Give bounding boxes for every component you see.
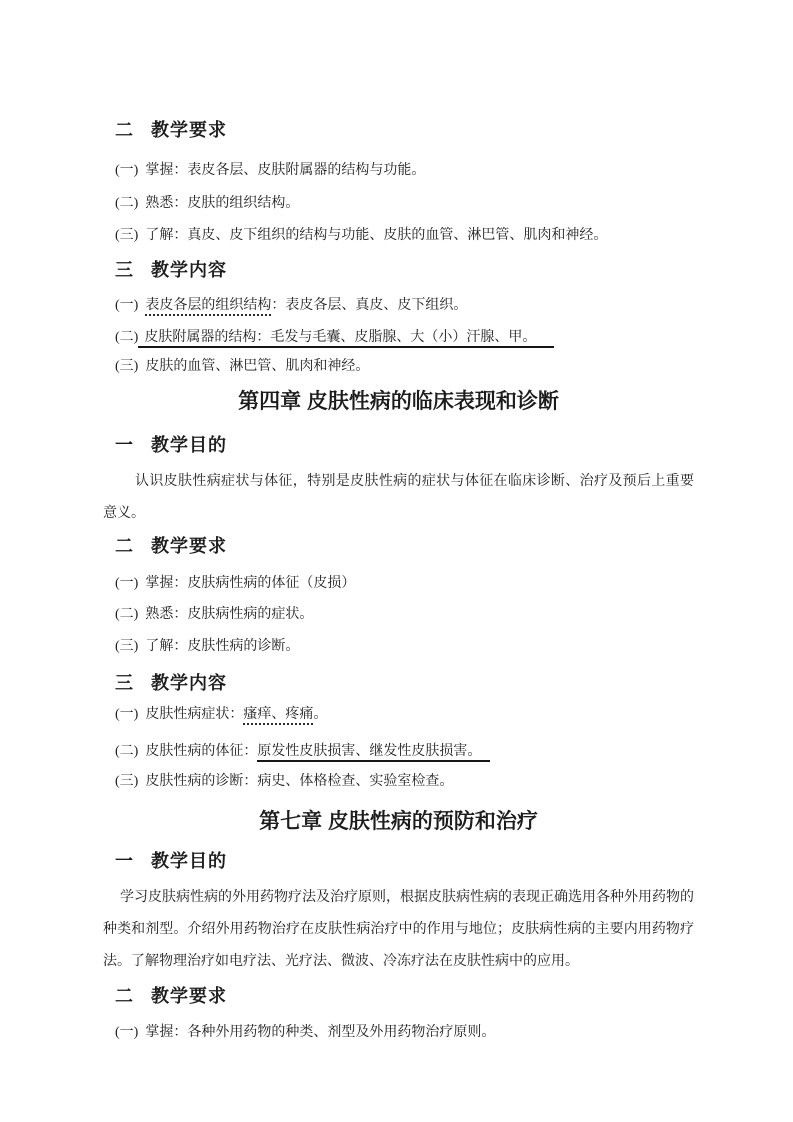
item-text: ：表皮各层、真皮、皮下组织。 <box>271 298 467 313</box>
section-title: 教学内容 <box>151 260 227 280</box>
list-item: (三)皮肤性病的诊断：病史、体格检查、实验室检查。 <box>115 772 453 792</box>
item-marker: (三) <box>115 772 138 792</box>
section-title: 教学内容 <box>151 673 227 693</box>
dotted-underlined-text: 表皮各层的组织结构 <box>145 298 271 316</box>
item-marker: (一) <box>115 705 138 725</box>
section-number: 二 <box>115 534 134 558</box>
section-number: 三 <box>115 671 134 695</box>
section-title: 教学目的 <box>151 851 227 871</box>
item-marker: (一) <box>115 574 138 594</box>
item-text: 掌握：皮肤病性病的体征（皮损） <box>145 576 355 591</box>
list-item: (一)表皮各层的组织结构：表皮各层、真皮、皮下组织。 <box>115 296 467 316</box>
section-title: 教学要求 <box>151 986 227 1006</box>
list-item: (二)皮肤性病的体征：原发性皮肤损害、继发性皮肤损害。 <box>115 742 490 762</box>
section-number: 三 <box>115 258 134 282</box>
section-heading-goal-4: 一教学目的 <box>115 433 227 457</box>
underlined-text: 皮肤附属器的结构：毛发与毛囊、皮脂腺、大（小）汗腺、甲。 <box>138 330 554 348</box>
item-text: 了解：真皮、皮下组织的结构与功能、皮肤的血管、淋巴管、肌肉和神经。 <box>145 228 607 243</box>
list-item: (一)皮肤性病症状：瘙痒、疼痛。 <box>115 705 327 725</box>
item-marker: (三) <box>115 226 138 246</box>
item-text: 掌握：表皮各层、皮肤附属器的结构与功能。 <box>145 163 425 178</box>
dotted-underlined-text: 瘙痒、疼痛 <box>243 707 313 725</box>
item-text: 皮肤性病症状： <box>145 707 243 722</box>
section-number: 二 <box>115 984 134 1008</box>
list-item: (二)皮肤附属器的结构：毛发与毛囊、皮脂腺、大（小）汗腺、甲。 <box>115 328 554 348</box>
item-marker: (二) <box>115 194 138 214</box>
goal-paragraph-4: 认识皮肤性病症状与体征，特别是皮肤性病的症状与体征在临床诊断、治疗及预后上重要意… <box>103 466 694 530</box>
item-marker: (二) <box>115 742 138 762</box>
item-text: 皮肤性病的体征： <box>145 744 257 759</box>
item-marker: (一) <box>115 1023 138 1043</box>
list-item: (一)掌握：皮肤病性病的体征（皮损） <box>115 574 355 594</box>
document-page: 二教学要求 (一)掌握：表皮各层、皮肤附属器的结构与功能。 (二)熟悉：皮肤的组… <box>0 0 793 1122</box>
section-heading-requirements-1: 二教学要求 <box>115 118 227 142</box>
section-heading-goal-7: 一教学目的 <box>115 849 227 873</box>
item-text: 。 <box>313 707 327 722</box>
list-item: (一)掌握：各种外用药物的种类、剂型及外用药物治疗原则。 <box>115 1023 495 1043</box>
item-text: 皮肤的血管、淋巴管、肌肉和神经。 <box>145 359 369 374</box>
section-heading-content-4: 三教学内容 <box>115 671 227 695</box>
item-text: 掌握：各种外用药物的种类、剂型及外用药物治疗原则。 <box>145 1025 495 1040</box>
goal-paragraph-7: 学习皮肤病性病的外用药物疗法及治疗原则，根据皮肤病性病的表现正确选用各种外用药物… <box>103 882 694 978</box>
list-item: (一)掌握：表皮各层、皮肤附属器的结构与功能。 <box>115 161 425 181</box>
item-marker: (三) <box>115 637 138 657</box>
section-heading-requirements-7: 二教学要求 <box>115 984 227 1008</box>
chapter-heading-4: 第四章 皮肤性病的临床表现和诊断 <box>103 388 694 416</box>
item-marker: (二) <box>115 328 138 348</box>
section-heading-content-1: 三教学内容 <box>115 258 227 282</box>
page-content: 二教学要求 (一)掌握：表皮各层、皮肤附属器的结构与功能。 (二)熟悉：皮肤的组… <box>103 0 694 1122</box>
chapter-heading-7: 第七章 皮肤性病的预防和治疗 <box>103 808 694 836</box>
section-title: 教学要求 <box>151 120 227 140</box>
underlined-text: 原发性皮肤损害、继发性皮肤损害。 <box>257 744 490 762</box>
section-number: 二 <box>115 118 134 142</box>
section-title: 教学目的 <box>151 435 227 455</box>
section-heading-requirements-4: 二教学要求 <box>115 534 227 558</box>
section-title: 教学要求 <box>151 536 227 556</box>
item-marker: (一) <box>115 161 138 181</box>
list-item: (三)皮肤的血管、淋巴管、肌肉和神经。 <box>115 357 369 377</box>
section-number: 一 <box>115 433 134 457</box>
section-number: 一 <box>115 849 134 873</box>
item-text: 熟悉：皮肤病性病的症状。 <box>145 607 313 622</box>
list-item: (二)熟悉：皮肤病性病的症状。 <box>115 605 313 625</box>
item-marker: (一) <box>115 296 138 316</box>
item-text: 皮肤性病的诊断：病史、体格检查、实验室检查。 <box>145 774 453 789</box>
item-marker: (二) <box>115 605 138 625</box>
item-marker: (三) <box>115 357 138 377</box>
list-item: (三)了解：真皮、皮下组织的结构与功能、皮肤的血管、淋巴管、肌肉和神经。 <box>115 226 607 246</box>
item-text: 了解：皮肤性病的诊断。 <box>145 639 299 654</box>
list-item: (三)了解：皮肤性病的诊断。 <box>115 637 299 657</box>
list-item: (二)熟悉：皮肤的组织结构。 <box>115 194 299 214</box>
item-text: 熟悉：皮肤的组织结构。 <box>145 196 299 211</box>
